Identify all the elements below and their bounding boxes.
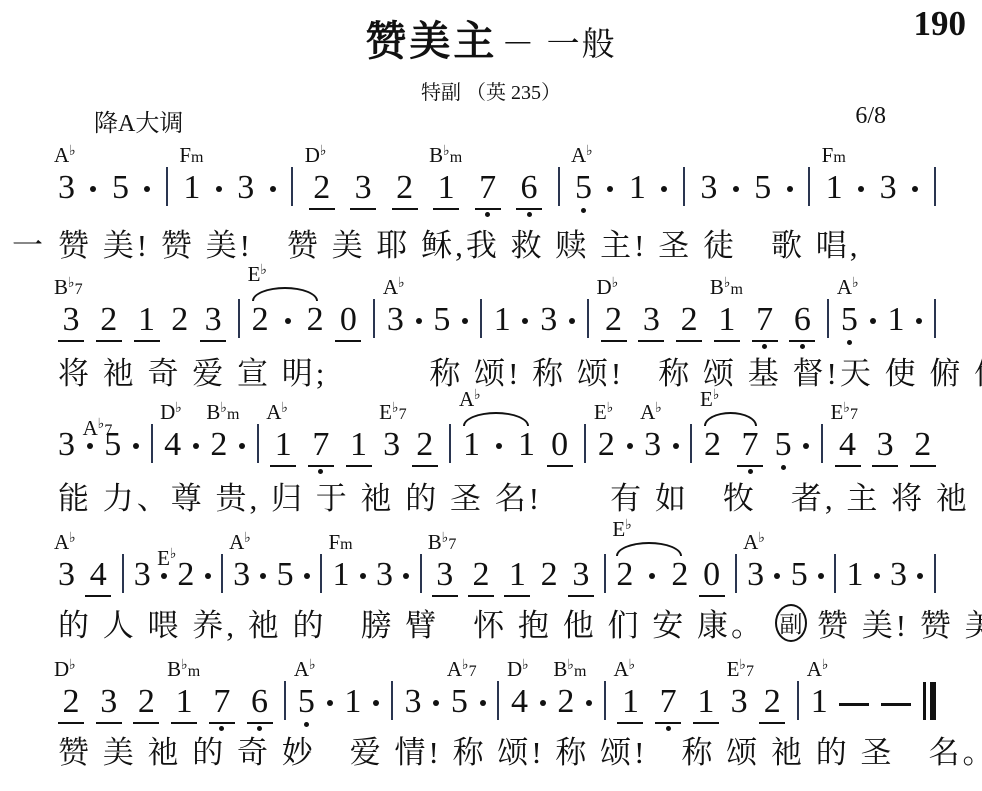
note: 3 <box>58 427 75 476</box>
low-octave-dot <box>527 212 532 217</box>
chord-label: Fm <box>822 145 846 166</box>
note: 1 <box>504 557 530 606</box>
duration-dot <box>193 443 199 476</box>
chord-label: Fm <box>328 532 352 553</box>
note: 3B♭7 <box>58 302 84 351</box>
hymn-page: 190 赞美主 － 一般 特副 （英 235） 降A大调 6/8 3A♭51Fm… <box>0 0 982 791</box>
flat-icon: ♭ <box>175 401 182 416</box>
note: 0 <box>335 302 361 351</box>
barline <box>808 167 810 219</box>
flat-icon: ♭ <box>170 547 177 562</box>
note: 3A♭ <box>644 427 661 476</box>
eighth-underline <box>872 465 898 467</box>
barline <box>827 299 829 351</box>
note: 7 <box>737 427 763 476</box>
note: 1B♭m <box>171 684 197 733</box>
note: 1 <box>887 302 904 351</box>
duration-dot <box>569 318 575 351</box>
flat-icon: ♭ <box>655 401 662 416</box>
duration-dot <box>787 186 793 219</box>
note: 1A♭ <box>617 684 643 733</box>
chord-label: A♭ <box>571 145 593 166</box>
eighth-underline <box>58 340 84 342</box>
eighth-underline <box>475 208 501 210</box>
flat-icon: ♭ <box>281 401 288 416</box>
note: 2D♭ <box>309 170 335 219</box>
note: 1A♭ <box>811 684 828 733</box>
barline <box>497 681 499 733</box>
note: 2 <box>133 684 159 733</box>
note: 1B♭m <box>433 170 459 219</box>
eighth-underline <box>655 722 681 724</box>
flat-icon: ♭ <box>522 658 529 673</box>
note: 2 <box>468 557 494 606</box>
barline <box>821 424 823 476</box>
flat-icon: ♭ <box>462 658 469 673</box>
chord-label: A♭ <box>383 277 405 298</box>
note: 3 <box>890 557 907 606</box>
chord-label: B♭m <box>553 659 586 680</box>
eighth-underline <box>171 722 197 724</box>
eighth-underline <box>516 208 542 210</box>
barline <box>122 554 124 606</box>
note: 2D♭ <box>58 684 84 733</box>
flat-icon: ♭ <box>567 658 574 673</box>
flat-icon: ♭ <box>68 276 75 291</box>
duration-dot <box>627 443 633 476</box>
low-octave-dot <box>781 465 786 470</box>
flat-icon: ♭ <box>398 276 405 291</box>
music-line-1: 3A♭51Fm32D♭321B♭m765A♭1351Fm3 <box>58 167 936 219</box>
note: 1 <box>494 302 511 351</box>
chord-label: D♭ <box>160 402 182 423</box>
duration-dot <box>416 318 422 351</box>
eighth-underline <box>58 722 84 724</box>
music-line-5: 2D♭321B♭m765A♭135A♭74D♭2B♭m1A♭713E♭721A♭ <box>58 681 936 733</box>
lyric-text: 赞 美! 赞 美! 赞 美 耶 稣,我 救 赎 主! 圣 徒 歌 唱, <box>58 220 860 265</box>
flat-icon: ♭ <box>758 531 765 546</box>
barline <box>934 554 936 606</box>
note: 7 <box>209 684 235 733</box>
eighth-underline <box>714 340 740 342</box>
duration-dot <box>496 443 502 476</box>
eighth-underline <box>699 595 725 597</box>
eighth-underline <box>200 340 226 342</box>
chord-label: A♭ <box>54 145 76 166</box>
eighth-underline <box>547 465 573 467</box>
chord-label: A♭ <box>743 532 765 553</box>
lyric-text: 赞 美 祂 的 奇 妙 爱 情! 称 颂! 称 颂! 称 颂 祂 的 圣 名。 <box>58 727 982 772</box>
lyric-text: 能 力、尊 贵, 归 于 祂 的 圣 名! 有 如 牧 者, 主 将 祂 <box>58 473 970 518</box>
eighth-underline <box>96 340 122 342</box>
barline <box>373 299 375 351</box>
note: 3A♭ <box>58 557 75 606</box>
note: 2B♭m <box>557 684 574 733</box>
eighth-underline <box>309 208 335 210</box>
chord-label: D♭ <box>507 659 529 680</box>
flat-icon: ♭ <box>443 144 450 159</box>
duration-dot <box>270 186 276 219</box>
duration-dot <box>133 443 139 476</box>
flat-icon: ♭ <box>309 658 316 673</box>
barline <box>257 424 259 476</box>
lyric-line-5: 赞 美 祂 的 奇 妙 爱 情! 称 颂! 称 颂! 称 颂 祂 的 圣 名。 <box>58 727 982 772</box>
note: 6 <box>789 302 815 351</box>
note: 3 <box>376 557 393 606</box>
note: 0 <box>699 557 725 606</box>
lyric-line-4: 的 人 喂 养, 祂 的 膀 臂 怀 抱 他 们 安 康。副赞 美! 赞 美! <box>58 600 982 645</box>
note: 3B♭7 <box>432 557 458 606</box>
note: 1 <box>847 557 864 606</box>
note: 2 <box>307 302 324 351</box>
eighth-underline <box>568 595 594 597</box>
subtitle: 特副 （英 235） <box>0 76 982 105</box>
note: 2E♭ <box>704 427 721 476</box>
barline <box>604 554 606 606</box>
eighth-underline <box>133 722 159 724</box>
flat-icon: ♭ <box>260 263 267 278</box>
note: 5A♭7 <box>451 684 468 733</box>
note: 3 <box>96 684 122 733</box>
note: 3 <box>200 302 226 351</box>
note: 7 <box>308 427 334 476</box>
note: 2 <box>392 170 418 219</box>
chord-label: E♭ <box>594 402 613 423</box>
note: 5A♭ <box>841 302 858 351</box>
chord-label: E♭7 <box>831 402 858 423</box>
chord-label: B♭m <box>206 402 239 423</box>
duration-dot <box>90 186 96 219</box>
note: 3 <box>237 170 254 219</box>
chord-label: E♭7 <box>379 402 406 423</box>
flat-icon: ♭ <box>442 531 449 546</box>
chord-label: B♭m <box>167 659 200 680</box>
barline <box>587 299 589 351</box>
music-line-2: 3B♭721232E♭203A♭5132D♭321B♭m765A♭1 <box>58 299 936 351</box>
barline <box>604 681 606 733</box>
eighth-underline <box>350 208 376 210</box>
barline <box>449 424 451 476</box>
note: 2 <box>412 427 438 476</box>
note: 3 <box>700 170 717 219</box>
chord-label: A♭ <box>294 659 316 680</box>
tie-group: 2E♭7 <box>704 427 763 476</box>
note: 3 <box>540 302 557 351</box>
duration-dot <box>916 318 922 351</box>
title-main: 赞美主 <box>365 18 497 64</box>
duration-dot <box>858 186 864 219</box>
note: 1A♭ <box>463 427 480 476</box>
note: 5A♭ <box>575 170 592 219</box>
barline <box>166 167 168 219</box>
note: 1 <box>693 684 719 733</box>
flat-icon: ♭ <box>220 401 227 416</box>
eighth-underline <box>209 722 235 724</box>
flat-icon: ♭ <box>612 276 619 291</box>
note: 5 <box>104 427 121 476</box>
chord-label: B♭m <box>710 277 743 298</box>
final-barline <box>923 682 936 733</box>
duration-dot: A♭7 <box>87 443 93 476</box>
note: 2 <box>671 557 688 606</box>
flat-icon: ♭ <box>69 531 76 546</box>
note: 2 <box>541 557 558 606</box>
barline <box>238 299 240 351</box>
flat-icon: ♭ <box>625 518 632 533</box>
barline <box>934 167 936 219</box>
page-title: 赞美主 － 一般 <box>0 8 982 67</box>
eighth-underline <box>676 340 702 342</box>
chord-label: A♭ <box>807 659 829 680</box>
note: 1Fm <box>332 557 349 606</box>
note: 3A♭ <box>747 557 764 606</box>
note: 3 <box>568 557 594 606</box>
eighth-underline <box>835 465 861 467</box>
chord-label: E♭ <box>248 264 267 285</box>
eighth-underline <box>134 340 160 342</box>
tie-group: 1A♭1 <box>463 427 535 476</box>
eighth-underline <box>335 340 361 342</box>
chord-label: E♭ <box>157 548 176 569</box>
eighth-underline <box>346 465 372 467</box>
duration-dot <box>912 186 918 219</box>
chord-label: B♭7 <box>428 532 457 553</box>
lyric-line-3: 能 力、尊 贵, 归 于 祂 的 圣 名! 有 如 牧 者, 主 将 祂 <box>58 473 970 518</box>
note: 5 <box>433 302 450 351</box>
chord-label: A♭ <box>837 277 859 298</box>
flat-icon: ♭ <box>69 658 76 673</box>
eighth-underline <box>96 722 122 724</box>
note: 4D♭ <box>164 427 181 476</box>
flat-icon: ♭ <box>392 401 399 416</box>
low-octave-dot <box>847 340 852 345</box>
barline <box>151 424 153 476</box>
chord-label: A♭ <box>613 659 635 680</box>
note: 6 <box>247 684 273 733</box>
note: 2 <box>910 427 936 476</box>
flat-icon: ♭ <box>739 658 746 673</box>
chord-label: A♭ <box>266 402 288 423</box>
duration-dot <box>285 318 291 351</box>
note: 7 <box>752 302 778 351</box>
eighth-underline <box>247 722 273 724</box>
eighth-underline <box>308 465 334 467</box>
flat-icon: ♭ <box>244 531 251 546</box>
barline <box>391 681 393 733</box>
eighth-underline <box>601 340 627 342</box>
chord-label: Fm <box>179 145 203 166</box>
note: 1B♭m <box>714 302 740 351</box>
duration-dot <box>462 318 468 351</box>
eighth-underline <box>392 208 418 210</box>
eighth-underline <box>270 465 296 467</box>
note: 4E♭7 <box>835 427 861 476</box>
note: 2E♭ <box>252 302 269 351</box>
note: 2D♭ <box>601 302 627 351</box>
barline <box>420 554 422 606</box>
note: 3 <box>134 557 151 606</box>
tie-group: 2E♭2 <box>616 557 688 606</box>
flat-icon: ♭ <box>320 144 327 159</box>
note: 3A♭ <box>233 557 250 606</box>
eighth-underline <box>412 465 438 467</box>
chord-label: E♭ <box>612 519 631 540</box>
tie-group: 2E♭2 <box>252 302 324 351</box>
flat-icon: ♭ <box>181 658 188 673</box>
note: 1 <box>344 684 361 733</box>
duration-dot <box>803 443 809 476</box>
barline <box>291 167 293 219</box>
note: 2B♭m <box>210 427 227 476</box>
music-line-4: 3A♭43E♭23A♭51Fm33B♭721232E♭203A♭513 <box>58 554 936 606</box>
refrain-mark: 副 <box>775 604 807 642</box>
note: 3 <box>872 427 898 476</box>
note: 3 <box>350 170 376 219</box>
note: 1Fm <box>826 170 843 219</box>
note: 2 <box>96 302 122 351</box>
eighth-underline <box>693 722 719 724</box>
duration-dot <box>144 186 150 219</box>
duration-dot <box>216 186 222 219</box>
eighth-underline <box>737 465 763 467</box>
eighth-underline <box>617 722 643 724</box>
low-octave-dot <box>581 208 586 213</box>
note: 4 <box>85 557 111 606</box>
barline <box>690 424 692 476</box>
note: 1 <box>134 302 160 351</box>
lyric-line-1: 一赞 美! 赞 美! 赞 美 耶 稣,我 救 赎 主! 圣 徒 歌 唱, <box>58 220 860 265</box>
lyric-text: 赞 美! 赞 美! <box>817 600 982 645</box>
chord-label: D♭ <box>597 277 619 298</box>
flat-icon: ♭ <box>607 401 614 416</box>
chord-label: D♭ <box>305 145 327 166</box>
note: 1 <box>629 170 646 219</box>
duration-dot <box>661 186 667 219</box>
note: 2 <box>759 684 785 733</box>
note: 1 <box>518 427 535 476</box>
barline <box>558 167 560 219</box>
chord-label: D♭ <box>54 659 76 680</box>
note: 3 <box>880 170 897 219</box>
barline <box>284 681 286 733</box>
eighth-underline <box>85 595 111 597</box>
flat-icon: ♭ <box>822 658 829 673</box>
barline <box>735 554 737 606</box>
note: 3E♭7 <box>383 427 400 476</box>
duration-dot <box>870 318 876 351</box>
note: 2 <box>676 302 702 351</box>
note: 7 <box>655 684 681 733</box>
note: 2E♭ <box>598 427 615 476</box>
note: 5 <box>791 557 808 606</box>
note: 6 <box>516 170 542 219</box>
chord-label: A♭ <box>229 532 251 553</box>
low-octave-dot <box>485 212 490 217</box>
note: 5A♭ <box>298 684 315 733</box>
note: 0 <box>547 427 573 476</box>
chord-label: A♭ <box>54 532 76 553</box>
note: 2 <box>177 557 194 606</box>
lyric-line-2: 将 祂 奇 爱 宣 明; 称 颂! 称 颂! 称 颂 基 督!天 使 俯 伏, <box>58 348 982 393</box>
note: 3 <box>638 302 664 351</box>
barline <box>834 554 836 606</box>
key-signature: 降A大调 <box>94 103 183 138</box>
note: 5 <box>754 170 771 219</box>
barline <box>797 681 799 733</box>
note: 1 <box>346 427 372 476</box>
note: 4D♭ <box>511 684 528 733</box>
eighth-underline <box>432 595 458 597</box>
eighth-underline <box>789 340 815 342</box>
chord-label: E♭7 <box>727 659 754 680</box>
note: 5 <box>277 557 294 606</box>
eighth-underline <box>638 340 664 342</box>
chord-label: A♭7 <box>447 659 477 680</box>
duration-dot <box>239 443 245 476</box>
time-signature: 6/8 <box>855 103 886 130</box>
barline <box>683 167 685 219</box>
note: 3E♭7 <box>731 684 748 733</box>
flat-icon: ♭ <box>724 276 731 291</box>
eighth-underline <box>468 595 494 597</box>
note: 3A♭ <box>58 170 75 219</box>
note: 2 <box>171 302 188 351</box>
flat-icon: ♭ <box>843 401 850 416</box>
note: 1Fm <box>183 170 200 219</box>
note: 3 <box>404 684 421 733</box>
music-line-3: 3A♭754D♭2B♭m1A♭713E♭721A♭102E♭3A♭2E♭754E… <box>58 424 936 476</box>
barline <box>584 424 586 476</box>
chord-label: B♭m <box>429 145 462 166</box>
note: 1A♭ <box>270 427 296 476</box>
duration-dot <box>673 443 679 476</box>
flat-icon: ♭ <box>69 144 76 159</box>
duration-dot <box>607 186 613 219</box>
note: 2E♭ <box>616 557 633 606</box>
flat-icon: ♭ <box>852 276 859 291</box>
note: 5 <box>775 427 792 476</box>
verse-number: 一 <box>12 220 43 265</box>
eighth-underline <box>752 340 778 342</box>
chord-label: B♭7 <box>54 277 83 298</box>
barline <box>221 554 223 606</box>
duration-dot <box>733 186 739 219</box>
eighth-underline <box>504 595 530 597</box>
eighth-underline <box>910 465 936 467</box>
chord-label: A♭ <box>640 402 662 423</box>
eighth-underline <box>433 208 459 210</box>
flat-icon: ♭ <box>629 658 636 673</box>
note: 7 <box>475 170 501 219</box>
barline <box>320 554 322 606</box>
note: 5 <box>112 170 129 219</box>
lyric-text: 的 人 喂 养, 祂 的 膀 臂 怀 抱 他 们 安 康。 <box>58 600 765 645</box>
lyric-text: 将 祂 奇 爱 宣 明; 称 颂! 称 颂! 称 颂 基 督!天 使 俯 伏, <box>58 348 982 393</box>
title-category: － 一般 <box>501 27 616 63</box>
barline <box>934 299 936 351</box>
note: 3A♭ <box>387 302 404 351</box>
duration-dot <box>522 318 528 351</box>
flat-icon: ♭ <box>586 144 593 159</box>
eighth-underline <box>759 722 785 724</box>
barline <box>480 299 482 351</box>
